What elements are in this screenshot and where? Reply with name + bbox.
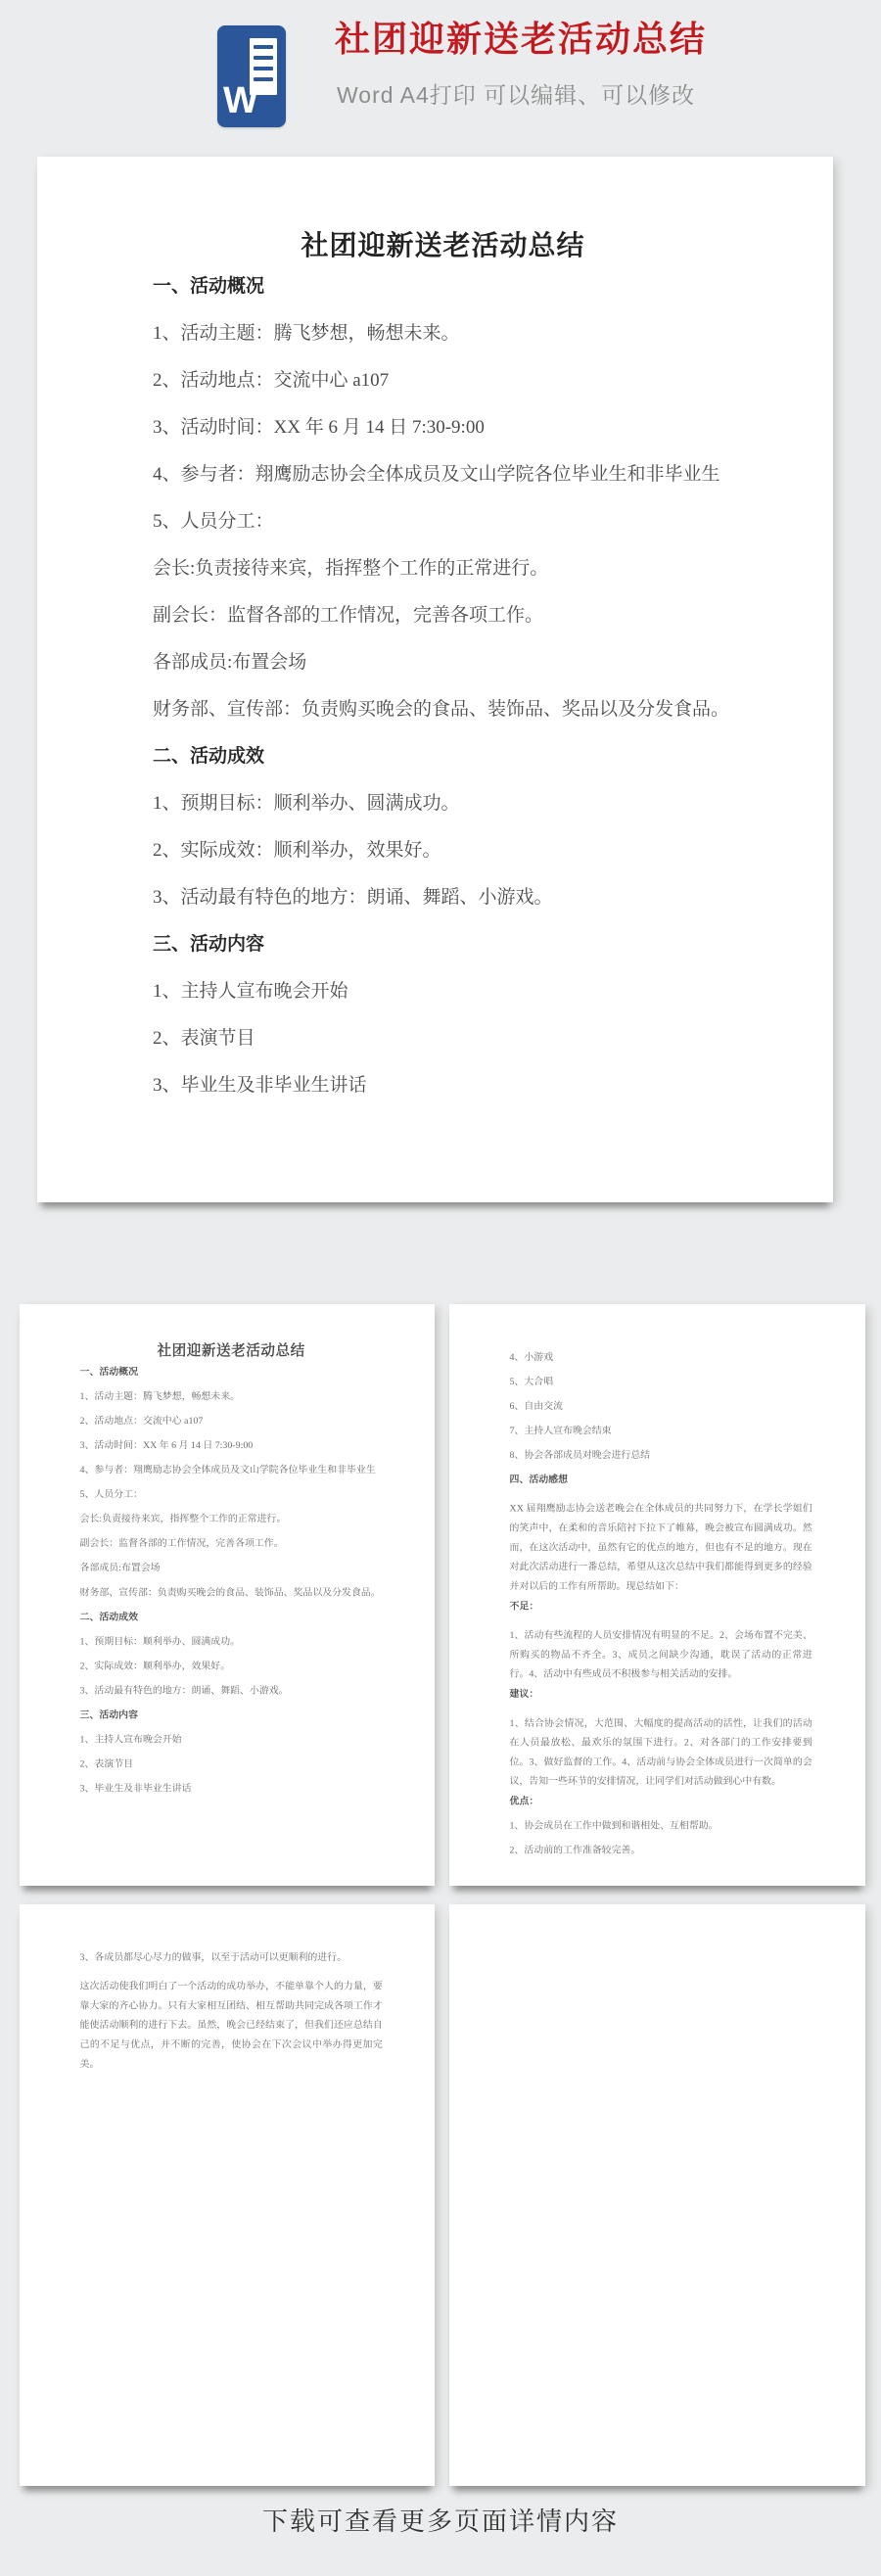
download-note: 下载可查看更多页面详情内容 — [0, 2505, 881, 2538]
doc-line: 2、实际成效：顺利举办，效果好。 — [153, 841, 733, 861]
doc-line: 6、自由交流 — [510, 1401, 812, 1411]
doc-line: 1、活动主题：腾飞梦想，畅想未来。 — [80, 1391, 383, 1401]
doc-line: 副会长：监督各部的工作情况，完善各项工作。 — [80, 1538, 383, 1548]
doc-line: 2、活动前的工作准备较完善。 — [510, 1846, 812, 1855]
doc-line: 会长:负责接待来宾，指挥整个工作的正常进行。 — [153, 559, 733, 579]
doc-line: 各部成员:布置会场 — [80, 1563, 383, 1572]
doc-paragraph: 1、结合协会情况，大范围、大幅度的提高活动的活性，让我们的活动在人员最放松、最欢… — [510, 1713, 812, 1791]
doc-paragraph: XX 届翔鹰励志协会送老晚会在全体成员的共同努力下，在学长学姐们的笑声中，在柔和… — [510, 1499, 812, 1596]
doc-line: 3、活动时间：XX 年 6 月 14 日 7:30-9:00 — [153, 418, 733, 438]
doc-line: 1、活动主题：腾飞梦想，畅想未来。 — [153, 324, 733, 344]
doc-heading: 一、活动概况 — [80, 1367, 383, 1377]
doc-heading: 优点： — [510, 1797, 812, 1806]
doc-heading: 三、活动内容 — [80, 1710, 383, 1720]
doc-line: 1、主持人宣布晚会开始 — [80, 1735, 383, 1745]
doc-line: 3、活动时间：XX 年 6 月 14 日 7:30-9:00 — [80, 1440, 383, 1450]
doc-line: 副会长：监督各部的工作情况，完善各项工作。 — [153, 606, 733, 626]
doc-line: 5、人员分工： — [80, 1489, 383, 1499]
word-file-icon: W — [217, 25, 286, 127]
page-thumbnail-2[interactable]: 4、小游戏5、大合唱6、自由交流7、主持人宣布晚会结束8、协会各部成员对晚会进行… — [449, 1304, 865, 1886]
doc-heading: 二、活动成效 — [153, 747, 733, 767]
doc-heading: 二、活动成效 — [80, 1612, 383, 1621]
page-footer: 下载可查看更多页面详情内容 — [0, 2505, 881, 2538]
doc-line: 5、大合唱 — [510, 1377, 812, 1386]
document-subtitle: Word A4打印 可以编辑、可以修改 — [337, 82, 695, 108]
doc-line: 5、人员分工： — [153, 512, 733, 532]
doc-line: 各部成员:布置会场 — [153, 653, 733, 673]
doc-line: 3、活动最有特色的地方：朗诵、舞蹈、小游戏。 — [153, 888, 733, 908]
doc-line: 3、各成员都尽心尽力的做事，以至于活动可以更顺利的进行。 — [80, 1952, 383, 1962]
page-background: W 社团迎新送老活动总结 Word A4打印 可以编辑、可以修改 社团迎新送老活… — [0, 0, 881, 2576]
doc-line: 8、协会各部成员对晚会进行总结 — [510, 1450, 812, 1460]
doc-line: 2、活动地点：交流中心 a107 — [80, 1416, 383, 1426]
doc-page-title: 社团迎新送老活动总结 — [80, 1342, 383, 1361]
doc-line: 1、协会成员在工作中做到和谐相处、互相帮助。 — [510, 1821, 812, 1831]
doc-line: 2、实际成效：顺利举办，效果好。 — [80, 1662, 383, 1671]
page1-content: 社团迎新送老活动总结一、活动概况1、活动主题：腾飞梦想，畅想未来。2、活动地点：… — [37, 157, 833, 1202]
doc-line: 财务部、宣传部：负责购买晚会的食品、装饰品、奖品以及分发食品。 — [80, 1587, 383, 1597]
doc-heading: 三、活动内容 — [153, 935, 733, 955]
doc-line: 会长:负责接待来宾，指挥整个工作的正常进行。 — [80, 1514, 383, 1523]
thumbnail-grid: 社团迎新送老活动总结一、活动概况1、活动主题：腾飞梦想，畅想未来。2、活动地点：… — [20, 1304, 865, 2486]
doc-heading: 不足： — [510, 1602, 812, 1612]
doc-heading: 一、活动概况 — [153, 277, 733, 297]
doc-line: 2、表演节目 — [153, 1029, 733, 1049]
doc-line: 2、活动地点：交流中心 a107 — [153, 371, 733, 391]
doc-line: 财务部、宣传部：负责购买晚会的食品、装饰品、奖品以及分发食品。 — [153, 700, 733, 720]
thumb3-content: 3、各成员都尽心尽力的做事，以至于活动可以更顺利的进行。这次活动使我们明白了一个… — [20, 1904, 435, 2486]
page-thumbnail-3[interactable]: 3、各成员都尽心尽力的做事，以至于活动可以更顺利的进行。这次活动使我们明白了一个… — [20, 1904, 435, 2486]
document-title: 社团迎新送老活动总结 — [335, 20, 707, 59]
thumb4-content — [449, 1904, 864, 2486]
doc-paragraph: 1、活动有些流程的人员安排情况有明显的不足。2、会场布置不完美、所购买的物品不齐… — [510, 1626, 812, 1684]
doc-line: 4、参与者：翔鹰励志协会全体成员及文山学院各位毕业生和非毕业生 — [80, 1465, 383, 1475]
document-header: W 社团迎新送老活动总结 Word A4打印 可以编辑、可以修改 — [0, 0, 881, 157]
doc-line: 1、主持人宣布晚会开始 — [153, 982, 733, 1002]
doc-line: 3、活动最有特色的地方：朗诵、舞蹈、小游戏。 — [80, 1686, 383, 1696]
doc-line: 4、小游戏 — [510, 1352, 812, 1362]
thumb1-content: 社团迎新送老活动总结一、活动概况1、活动主题：腾飞梦想，畅想未来。2、活动地点：… — [20, 1304, 435, 1886]
doc-heading: 四、活动感想 — [510, 1475, 812, 1484]
doc-line: 1、预期目标：顺利举办、圆满成功。 — [80, 1636, 383, 1646]
thumb2-content: 4、小游戏5、大合唱6、自由交流7、主持人宣布晚会结束8、协会各部成员对晚会进行… — [449, 1304, 864, 1886]
page-thumbnail-1[interactable]: 社团迎新送老活动总结一、活动概况1、活动主题：腾飞梦想，畅想未来。2、活动地点：… — [20, 1304, 435, 1886]
page-thumbnail-4[interactable] — [449, 1904, 865, 2486]
document-sheet-icon — [250, 38, 277, 95]
page-preview-large[interactable]: 社团迎新送老活动总结一、活动概况1、活动主题：腾飞梦想，畅想未来。2、活动地点：… — [37, 157, 833, 1202]
doc-line: 7、主持人宣布晚会结束 — [510, 1426, 812, 1435]
doc-line: 3、毕业生及非毕业生讲话 — [153, 1076, 733, 1096]
doc-line: 3、毕业生及非毕业生讲话 — [80, 1784, 383, 1794]
doc-page-title: 社团迎新送老活动总结 — [153, 229, 733, 264]
doc-line: 4、参与者：翔鹰励志协会全体成员及文山学院各位毕业生和非毕业生 — [153, 465, 733, 485]
doc-heading: 建议： — [510, 1689, 812, 1699]
doc-line: 2、表演节目 — [80, 1759, 383, 1769]
doc-line: 1、预期目标：顺利举办、圆满成功。 — [153, 794, 733, 814]
doc-paragraph: 这次活动使我们明白了一个活动的成功举办，不能单靠个人的力量，要靠大家的齐心协力。… — [80, 1977, 383, 2074]
